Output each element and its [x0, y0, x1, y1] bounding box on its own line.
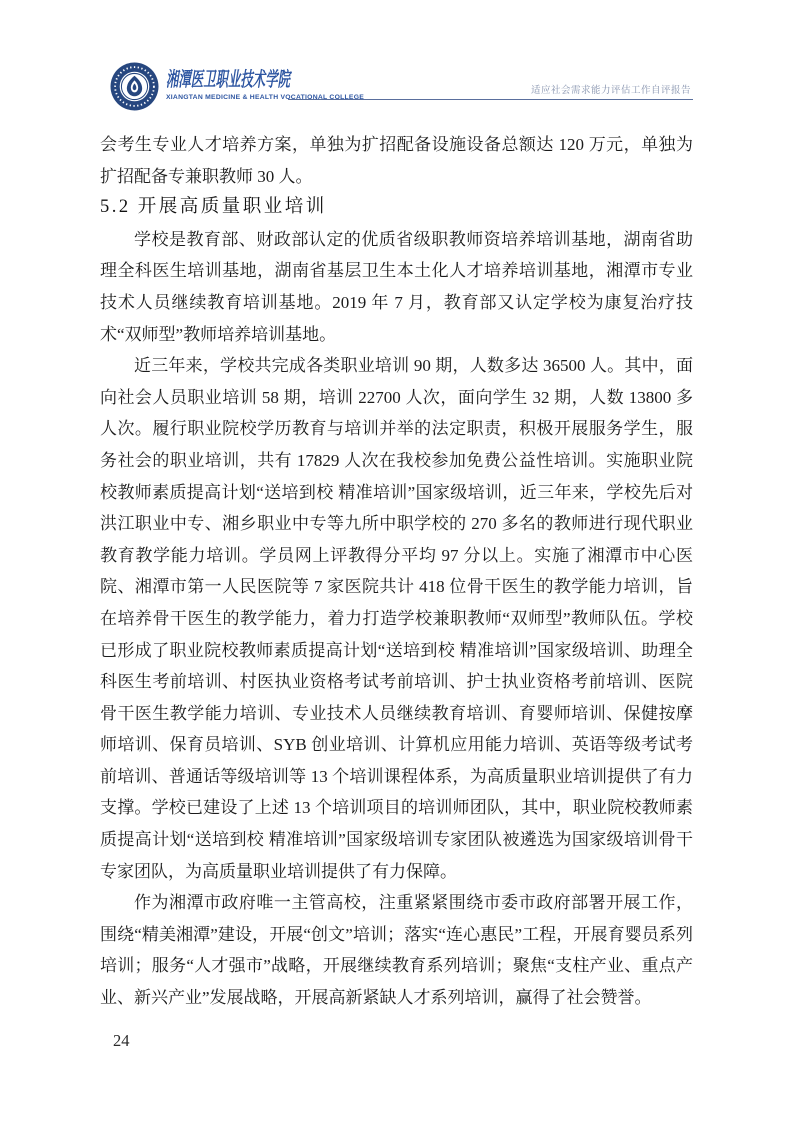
body-paragraph-1: 学校是教育部、财政部认定的优质省级职教师资培养培训基地，湖南省助理全科医生培训基…: [100, 224, 693, 350]
section-heading: 5.2 开展高质量职业培训: [100, 192, 693, 224]
college-name-zh: 湘潭医卫职业技术学院: [166, 68, 290, 92]
body-paragraph-2: 近三年来，学校共完成各类职业培训 90 期，人数多达 36500 人。其中，面向…: [100, 350, 693, 887]
header-rule: [288, 99, 693, 100]
body-paragraph-3: 作为湘潭市政府唯一主管高校，注重紧紧围绕市委市政府部署开展工作，围绕“精美湘潭”…: [100, 887, 693, 1013]
page-header: 湘潭医卫职业技术学院 XIANGTAN MEDICINE & HEALTH VO…: [100, 62, 693, 116]
page-number: 24: [113, 1031, 130, 1051]
report-title: 适应社会需求能力评估工作自评报告: [531, 82, 691, 96]
college-name-block: 湘潭医卫职业技术学院 XIANGTAN MEDICINE & HEALTH VO…: [166, 68, 366, 102]
document-body: 会考生专业人才培养方案，单独为扩招配备设施设备总额达 120 万元，单独为扩招配…: [100, 129, 693, 1014]
college-name-en: XIANGTAN MEDICINE & HEALTH VOCATIONAL CO…: [166, 94, 366, 102]
college-emblem-icon: [110, 62, 159, 111]
continuation-paragraph: 会考生专业人才培养方案，单独为扩招配备设施设备总额达 120 万元，单独为扩招配…: [100, 129, 693, 192]
document-page: 湘潭医卫职业技术学院 XIANGTAN MEDICINE & HEALTH VO…: [0, 0, 793, 1122]
